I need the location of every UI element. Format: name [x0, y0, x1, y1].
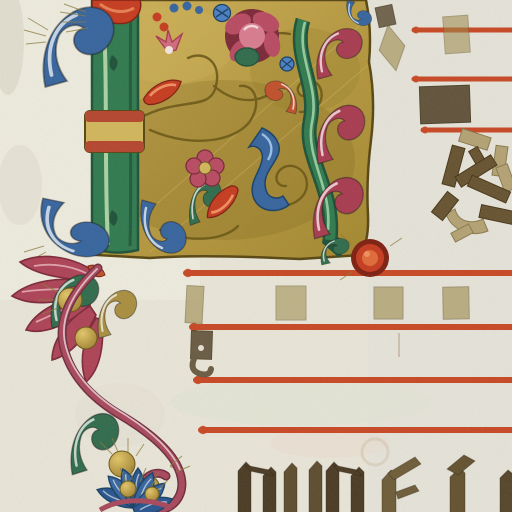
- parchment-grain: [0, 0, 512, 512]
- manuscript-page: nunc i: [0, 0, 512, 512]
- manuscript-art: [0, 0, 512, 512]
